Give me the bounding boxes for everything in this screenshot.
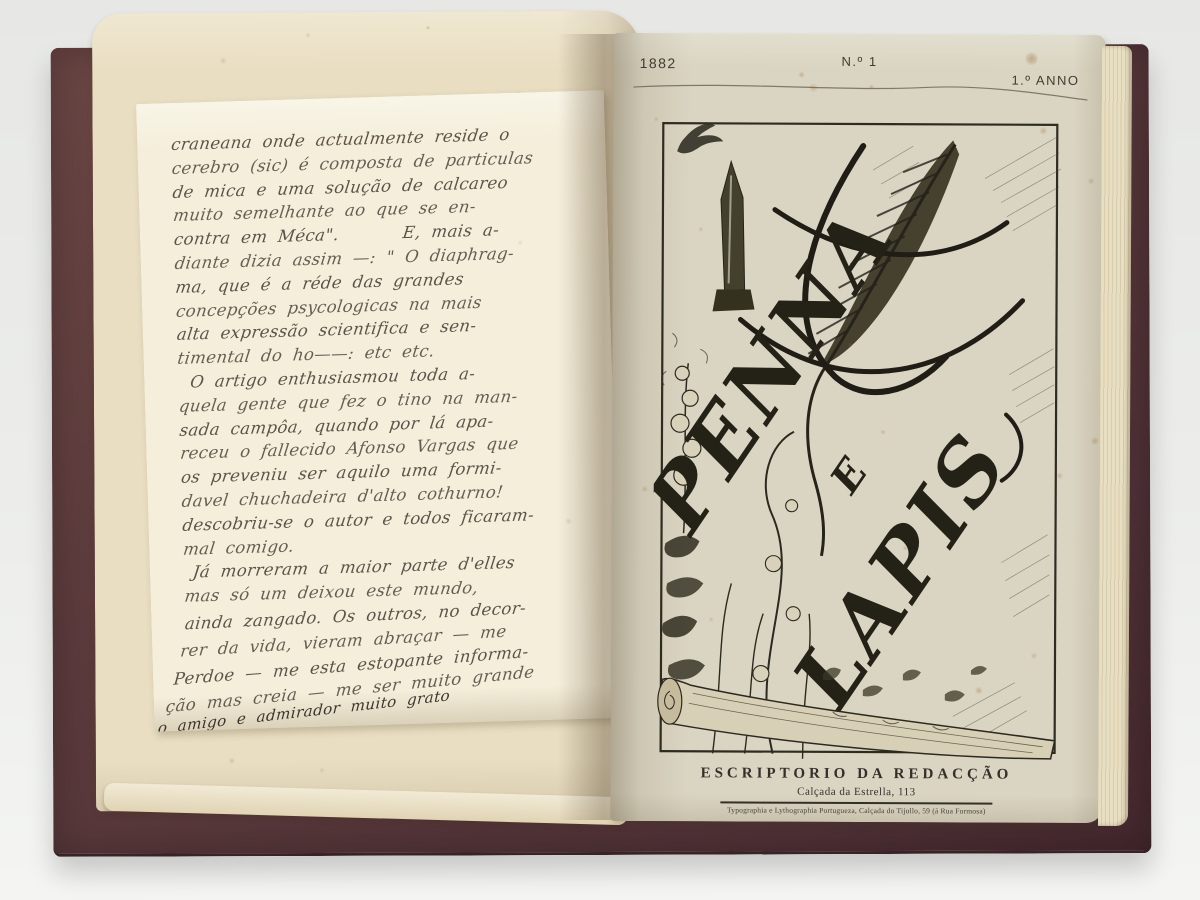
right-book-page: 1882 N.º 1 1.º ANNO <box>610 33 1105 823</box>
redaction-footer: ESCRIPTORIO DA REDACÇÃO Calçada da Estre… <box>610 765 1102 816</box>
title-word-e: E <box>821 450 878 503</box>
printer-imprint: Typographia e Lythographia Portugueza, C… <box>610 805 1102 816</box>
engraving-pencil <box>713 161 756 311</box>
photo-stage: craneana onde actualmente reside o cereb… <box>0 0 1200 900</box>
masthead: 1882 N.º 1 1.º ANNO <box>614 33 1106 35</box>
engraving-bird <box>677 124 723 154</box>
title-page-engraving: PENNA E LAPIS <box>653 113 1070 765</box>
masthead-issue-number: N.º 1 <box>614 53 1106 70</box>
redaction-office-title: ESCRIPTORIO DA REDACÇÃO <box>610 765 1102 784</box>
footer-rule <box>720 801 992 804</box>
redaction-address: Calçada da Estrella, 113 <box>610 785 1102 799</box>
page-block-fore-edge <box>1098 46 1132 826</box>
masthead-rule <box>631 79 1091 107</box>
manuscript-sheet: craneana onde actualmente reside o cereb… <box>136 90 622 732</box>
